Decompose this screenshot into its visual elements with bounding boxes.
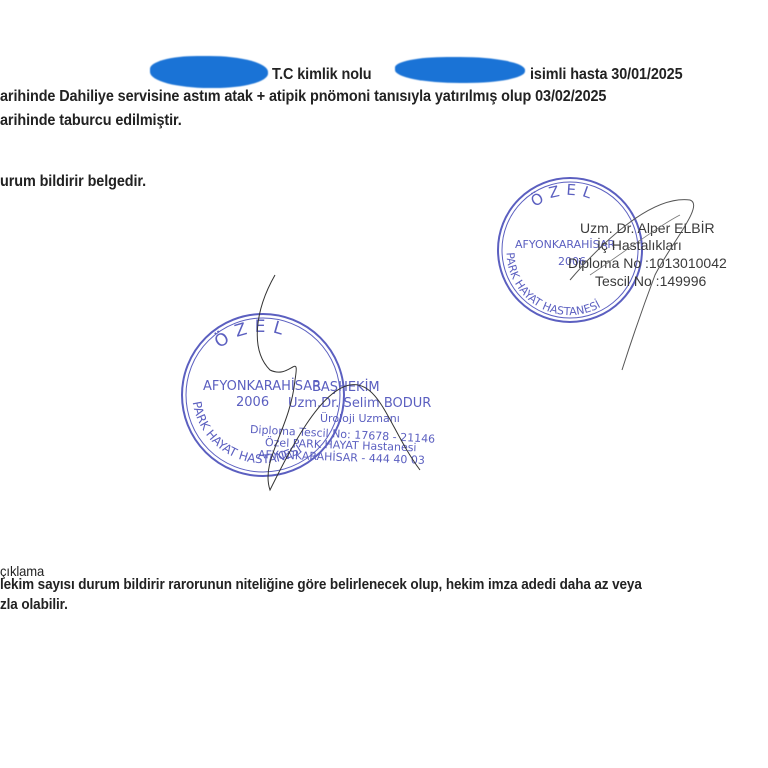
signature-left-icon	[230, 270, 430, 500]
paragraph-line-1a: T.C kimlik nolu	[272, 66, 372, 84]
redaction-patient-name	[395, 57, 525, 83]
paragraph-line-1b: isimli hasta 30/01/2025	[530, 66, 683, 84]
paragraph-line-2: arihinde Dahiliye servisine astım atak +…	[0, 88, 606, 106]
paragraph-line-3: arihinde taburcu edilmiştir.	[0, 112, 182, 130]
note-line-2: zla olabilir.	[0, 597, 68, 613]
note-line-1: lekim sayısı durum bildirir rarorunun ni…	[0, 577, 642, 593]
signature-right-icon	[560, 185, 710, 375]
redaction-patient-id-prefix	[150, 56, 268, 88]
closing-statement: urum bildirir belgedir.	[0, 173, 146, 191]
